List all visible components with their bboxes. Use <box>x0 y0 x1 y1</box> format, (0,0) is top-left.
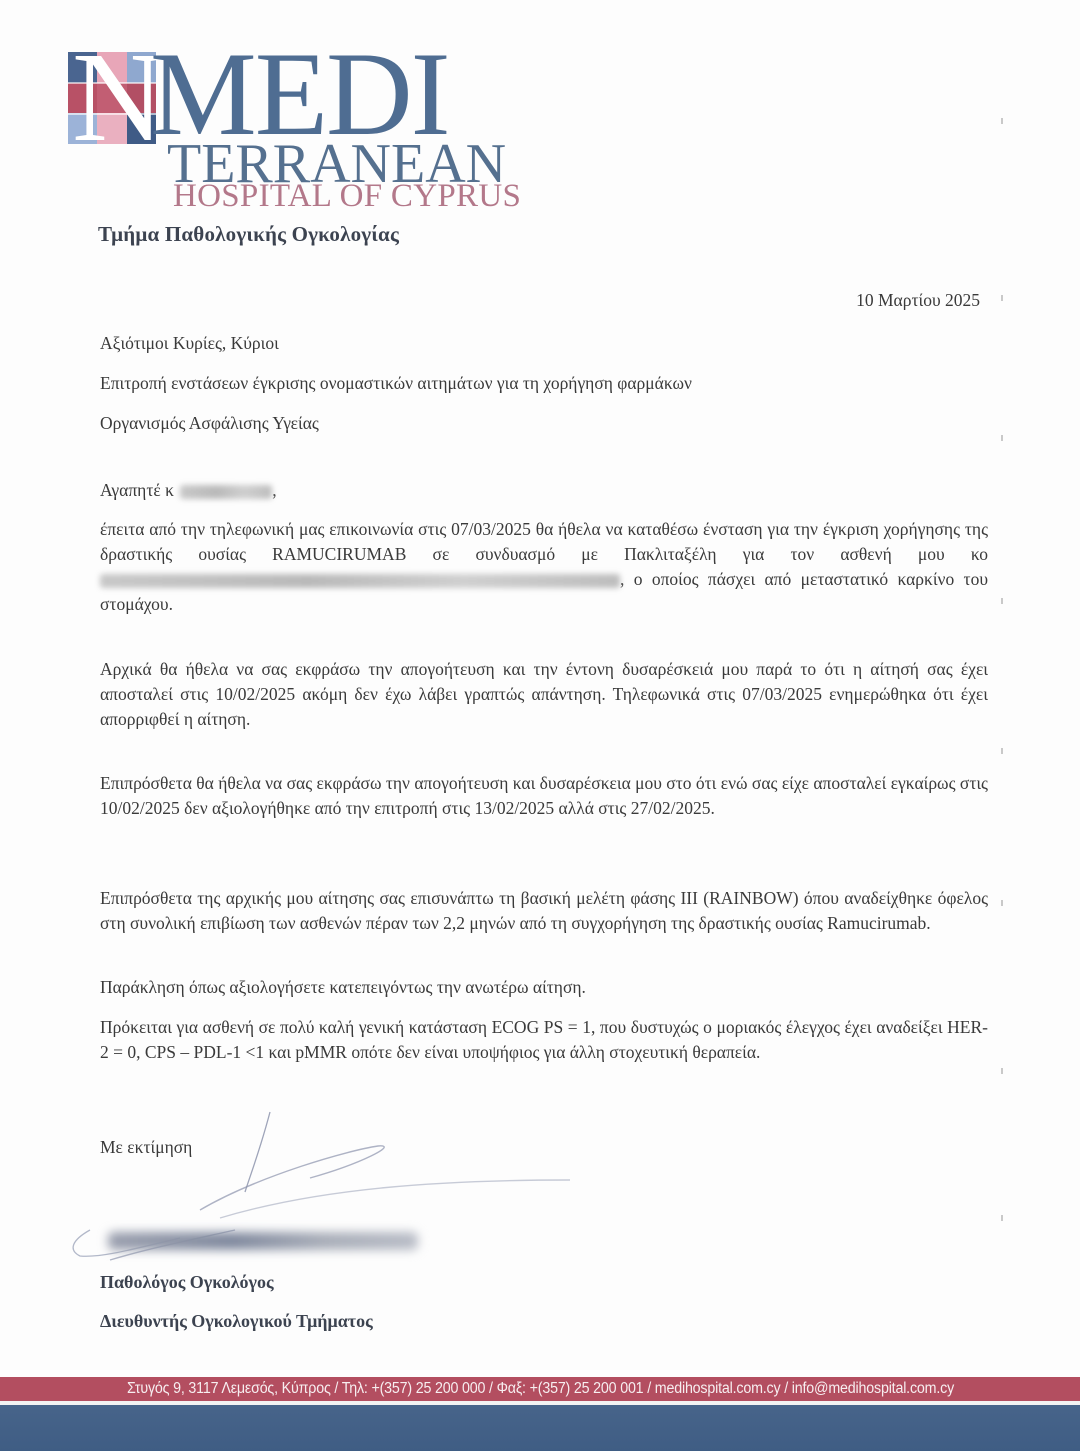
redacted-recipient-name <box>180 485 272 499</box>
paragraph-delay: Επιπρόσθετα θα ήθελα να σας εκφράσω την … <box>100 771 988 821</box>
paragraph-patient-status: Πρόκειται για ασθενή σε πολύ καλή γενική… <box>100 1015 988 1065</box>
salutation-prefix: Αγαπητέ κ <box>100 480 174 500</box>
recipient-organization: Οργανισμός Ασφάλισης Υγείας <box>100 411 319 435</box>
redacted-patient-details <box>100 574 620 588</box>
scan-artifact <box>1001 1215 1003 1221</box>
scan-artifact <box>1001 598 1003 604</box>
paragraph-rainbow-study: Επιπρόσθετα της αρχικής μου αίτησης σας … <box>100 886 988 936</box>
logo-monogram: N <box>72 42 162 152</box>
recipient-committee: Επιτροπή ενστάσεων έγκρισης ονομαστικών … <box>100 371 692 395</box>
letter-date: 10 Μαρτίου 2025 <box>856 290 980 311</box>
redacted-signatory-name <box>108 1232 418 1250</box>
scan-artifact <box>1001 435 1003 441</box>
scan-artifact <box>1001 900 1003 906</box>
scan-artifact <box>1001 295 1003 301</box>
department-name: Τμήμα Παθολογικής Ογκολογίας <box>98 222 399 247</box>
footer-contact-bar: Στυγός 9, 3117 Λεμεσός, Κύπρος / Τηλ: +(… <box>0 1377 1080 1401</box>
paragraph-disappointment: Αρχικά θα ήθελα να σας εκφράσω την απογο… <box>100 657 988 732</box>
recipient-greeting: Αξιότιμοι Κυρίες, Κύριοι <box>100 331 279 355</box>
signatory-title: Παθολόγος Ογκολόγος <box>100 1272 274 1293</box>
scan-artifact <box>1001 1068 1003 1074</box>
paragraph-urgent-request: Παράκληση όπως αξιολογήσετε κατεπειγόντω… <box>100 975 988 1000</box>
salutation: Αγαπητέ κ , <box>100 478 277 502</box>
paragraph-appeal-text: έπειτα από την τηλεφωνική μας επικοινωνί… <box>100 519 988 564</box>
signatory-position: Διευθυντής Ογκολογικού Τμήματος <box>100 1311 373 1332</box>
scan-artifact <box>1001 748 1003 754</box>
scan-artifact <box>1001 118 1003 124</box>
paragraph-appeal: έπειτα από την τηλεφωνική μας επικοινωνί… <box>100 517 988 617</box>
salutation-suffix: , <box>272 480 276 500</box>
signature-scribble-icon <box>60 1100 620 1280</box>
footer-contact-text: Στυγός 9, 3117 Λεμεσός, Κύπρος / Τηλ: +(… <box>126 1380 953 1398</box>
logo-tagline: HOSPITAL OF CYPRUS <box>173 180 521 213</box>
footer-band <box>0 1405 1080 1451</box>
